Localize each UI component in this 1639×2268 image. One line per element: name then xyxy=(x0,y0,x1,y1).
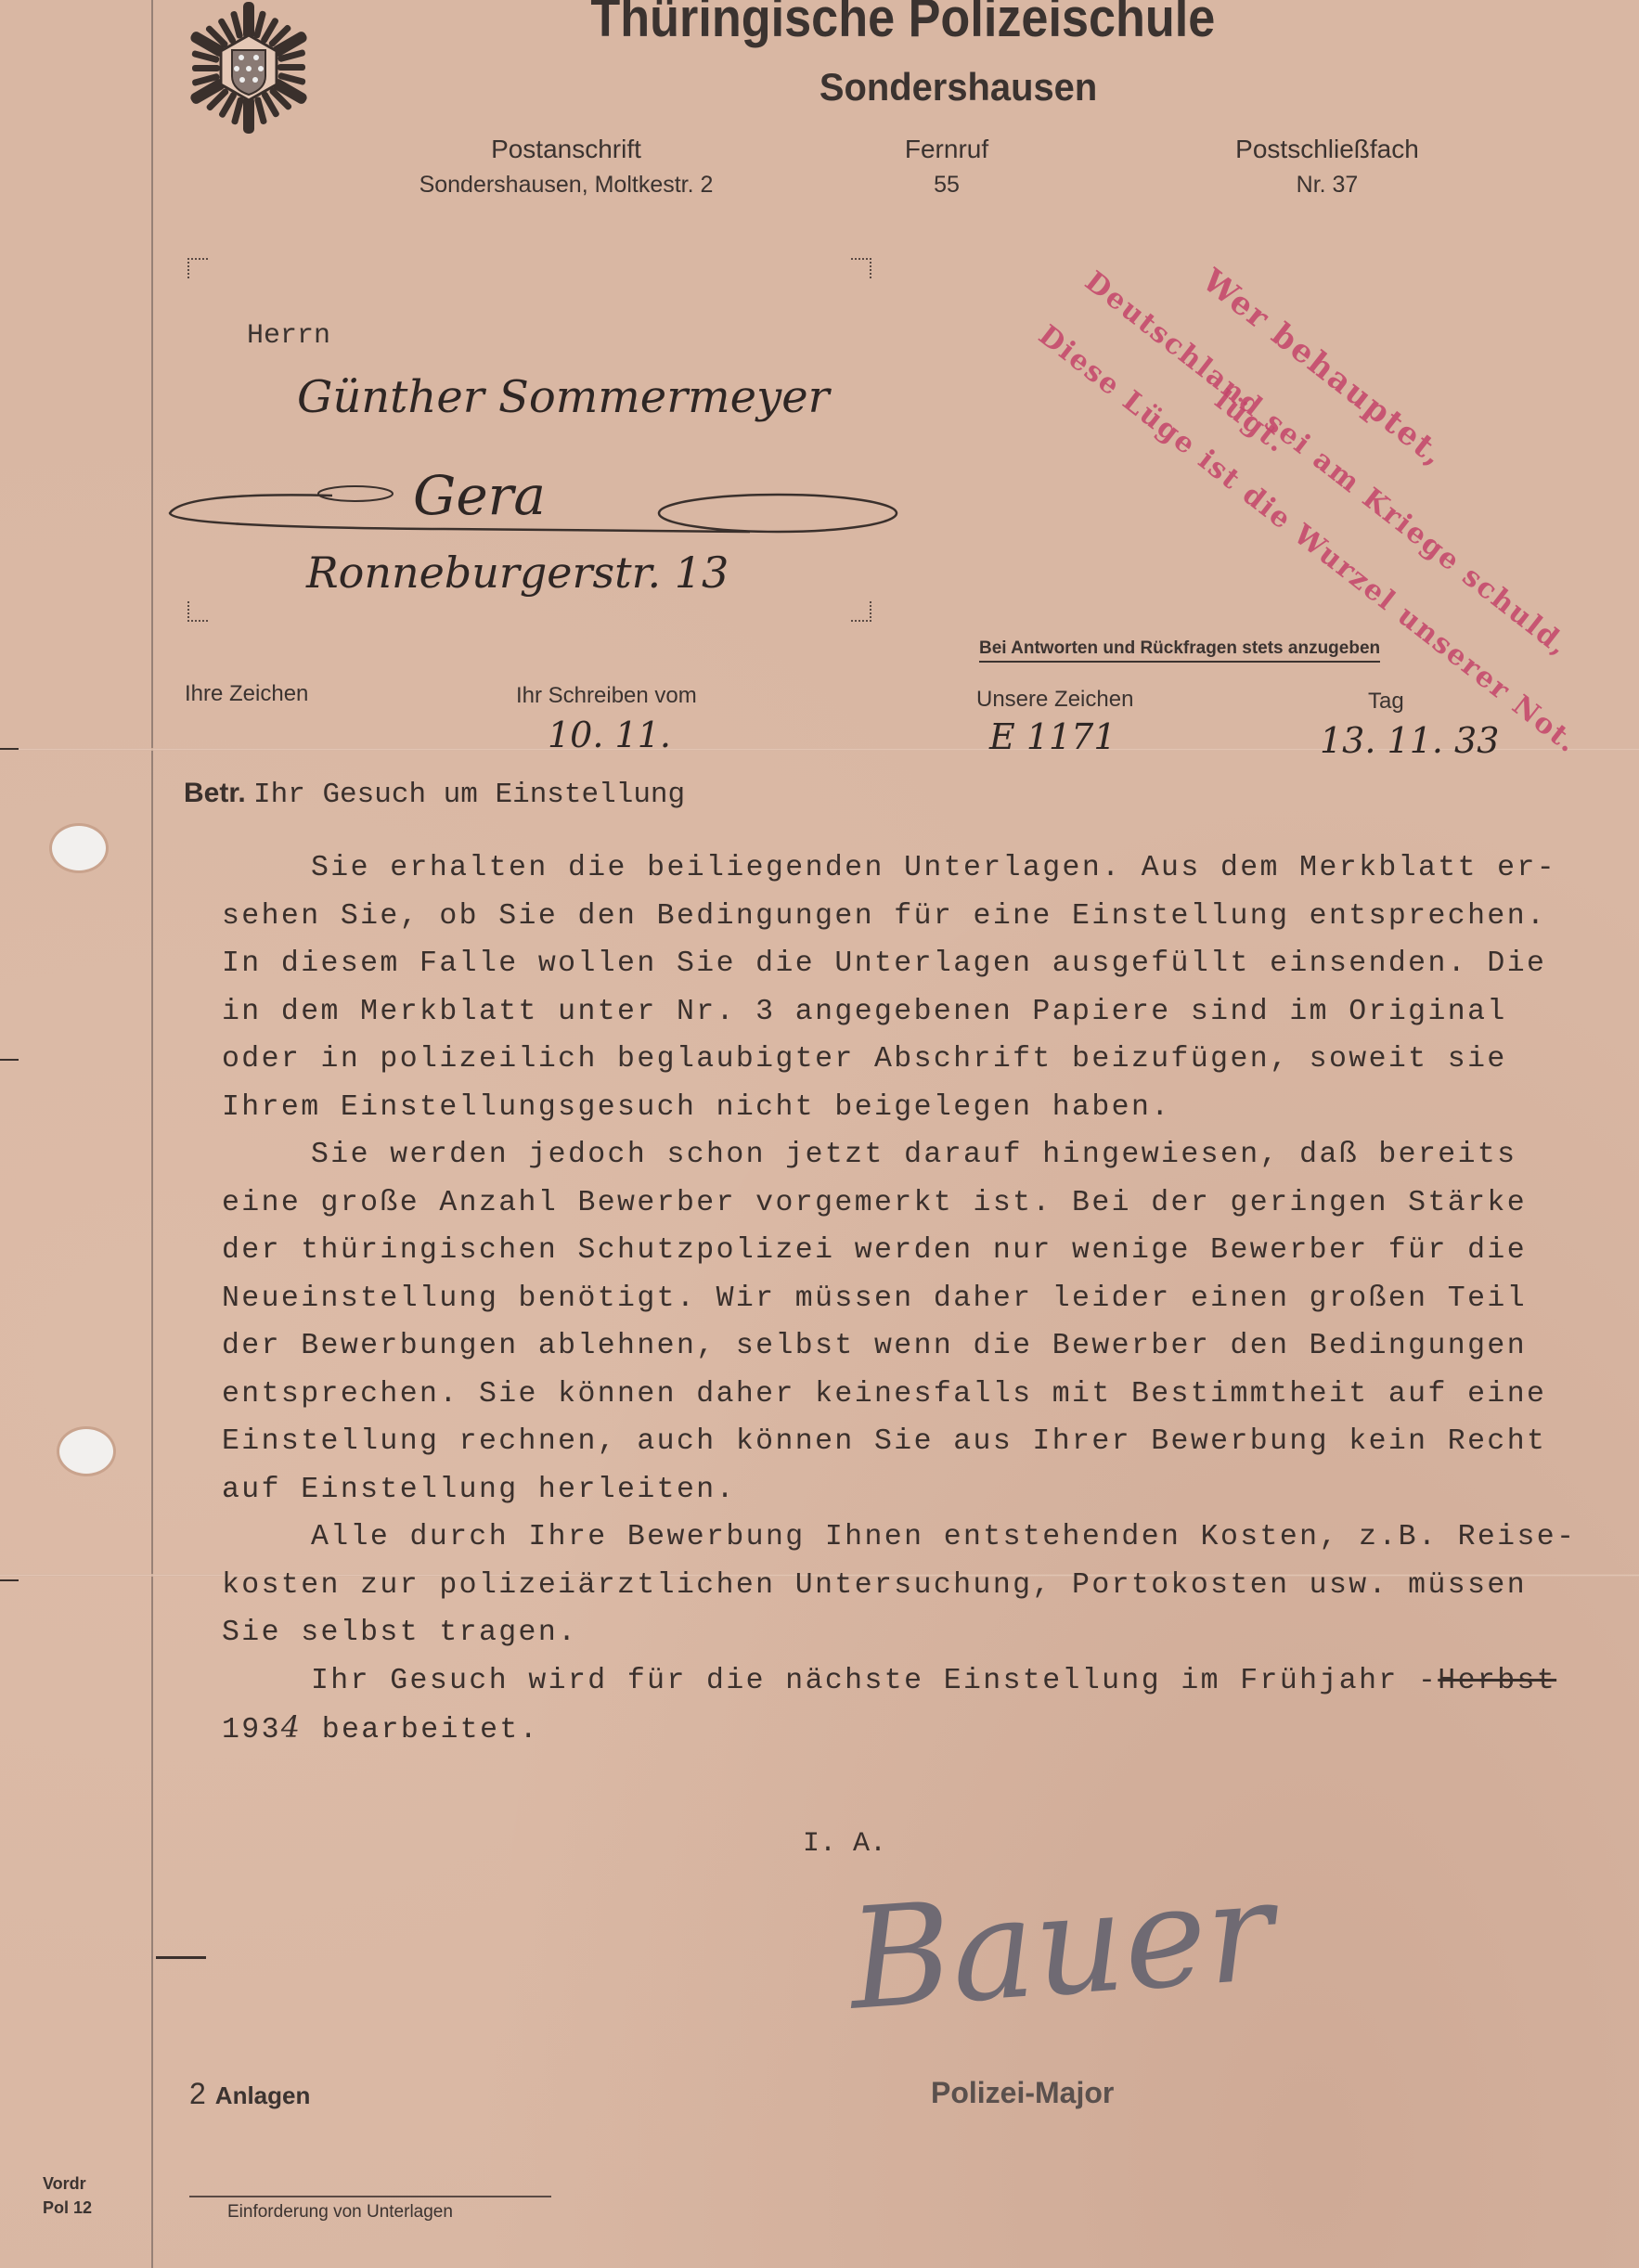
subject-line: Betr. Ihr Gesuch um Einstellung xyxy=(184,778,685,811)
body-line: In diesem Falle wollen Sie die Unterlage… xyxy=(222,940,1581,988)
body-line: der Bewerbungen ablehnen, selbst wenn di… xyxy=(222,1322,1581,1371)
enclosures: 2Anlagen xyxy=(189,2077,310,2111)
body-line: oder in polizeilich beglaubigter Abschri… xyxy=(222,1036,1581,1084)
fold-mark xyxy=(0,1579,19,1581)
fold-mark xyxy=(0,748,19,750)
punch-hole xyxy=(59,1429,113,1474)
body-line: Neueinstellung benötigt. Wir müssen dahe… xyxy=(222,1275,1581,1323)
body-line: entsprechen. Sie können daher keinesfall… xyxy=(222,1371,1581,1419)
body-line-text: Ihr Gesuch wird für die nächste Einstell… xyxy=(311,1665,1438,1697)
struck-word: Herbst xyxy=(1438,1665,1556,1697)
reference-label-date: Tag xyxy=(1368,689,1404,715)
year-prefix: 193 xyxy=(222,1714,281,1746)
form-name: Einforderung von Unterlagen xyxy=(227,2202,453,2223)
reference-value-date: 13. 11. 33 xyxy=(1320,720,1499,761)
body-line: eine große Anzahl Bewerber vorgemerkt is… xyxy=(222,1179,1581,1228)
form-code-line: Vordr xyxy=(43,2171,92,2196)
reference-value-your-letter: 10. 11. xyxy=(548,715,671,755)
body-line: Alle durch Ihre Bewerbung Ihnen entstehe… xyxy=(222,1514,1581,1562)
form-code: Vordr Pol 12 xyxy=(43,2171,92,2220)
reference-label-your-sign: Ihre Zeichen xyxy=(185,681,308,707)
recipient-city: Gera xyxy=(413,464,546,527)
recipient-street: Ronneburgerstr. 13 xyxy=(306,548,729,598)
reference-note: Bei Antworten und Rückfragen stets anzug… xyxy=(979,638,1380,663)
reference-label-our-sign: Unsere Zeichen xyxy=(976,687,1133,713)
body-line: Sie werden jedoch schon jetzt darauf hin… xyxy=(222,1131,1581,1179)
enclosures-label: Anlagen xyxy=(215,2081,311,2109)
body-line: auf Einstellung herleiten. xyxy=(222,1466,1581,1514)
reference-label-your-letter: Ihr Schreiben vom xyxy=(516,683,697,709)
propaganda-stamp: Wer behauptet, Deutschland sei am Kriege… xyxy=(998,251,1555,640)
body-line: sehen Sie, ob Sie den Bedingungen für ei… xyxy=(222,893,1581,941)
fold-mark xyxy=(0,1059,19,1061)
stamp-line: Deutschland sei am Kriege schuld, xyxy=(1078,265,1575,664)
subject-text: Ihr Gesuch um Einstellung xyxy=(253,779,685,811)
signatory-rank: Polizei-Major xyxy=(931,2076,1114,2110)
body-line-year: 1934 bearbeitet. xyxy=(222,1705,1581,1755)
institution-city: Sondershausen xyxy=(0,65,1639,110)
address-window-corner xyxy=(187,601,208,622)
signature: Bauer xyxy=(844,1850,1278,2041)
recipient-name: Günther Sommermeyer xyxy=(297,371,830,423)
body-line: Sie erhalten die beiliegenden Unterlagen… xyxy=(222,844,1581,893)
reference-value-our-sign: E 1171 xyxy=(989,716,1116,757)
on-behalf-mark: I. A. xyxy=(803,1828,886,1860)
recipient-salutation: Herrn xyxy=(247,320,330,352)
enclosures-count: 2 xyxy=(189,2077,206,2110)
body-line-final: Ihr Gesuch wird für die nächste Einstell… xyxy=(222,1657,1581,1706)
po-box: Postschließfach Nr. 37 xyxy=(1188,132,1466,202)
telephone: Fernruf 55 xyxy=(854,132,1039,202)
form-divider xyxy=(189,2196,551,2197)
year-suffix: bearbeitet. xyxy=(322,1714,539,1746)
address-window-corner xyxy=(851,258,871,278)
fold-mark xyxy=(156,1956,206,1959)
address-window-corner xyxy=(187,258,208,278)
margin-rule xyxy=(151,0,153,2268)
letter-body: Sie erhalten die beiliegenden Unterlagen… xyxy=(222,844,1581,1755)
subject-prefix: Betr. xyxy=(184,778,246,808)
postal-address: Postanschrift Sondershausen, Moltkestr. … xyxy=(399,132,733,202)
form-code-line: Pol 12 xyxy=(43,2196,92,2220)
handwritten-year-digit: 4 xyxy=(281,1711,302,1745)
body-line: Ihrem Einstellungsgesuch nicht beigelege… xyxy=(222,1084,1581,1132)
punch-hole xyxy=(52,826,106,870)
body-line: kosten zur polizeiärztlichen Untersuchun… xyxy=(222,1562,1581,1610)
body-line: Einstellung rechnen, auch können Sie aus… xyxy=(222,1418,1581,1466)
body-line: der thüringischen Schutzpolizei werden n… xyxy=(222,1227,1581,1275)
institution-title: Thüringische Polizeischule xyxy=(0,0,1639,49)
address-window-corner xyxy=(851,601,871,622)
body-line: in dem Merkblatt unter Nr. 3 angegebenen… xyxy=(222,988,1581,1037)
body-line: Sie selbst tragen. xyxy=(222,1609,1581,1657)
